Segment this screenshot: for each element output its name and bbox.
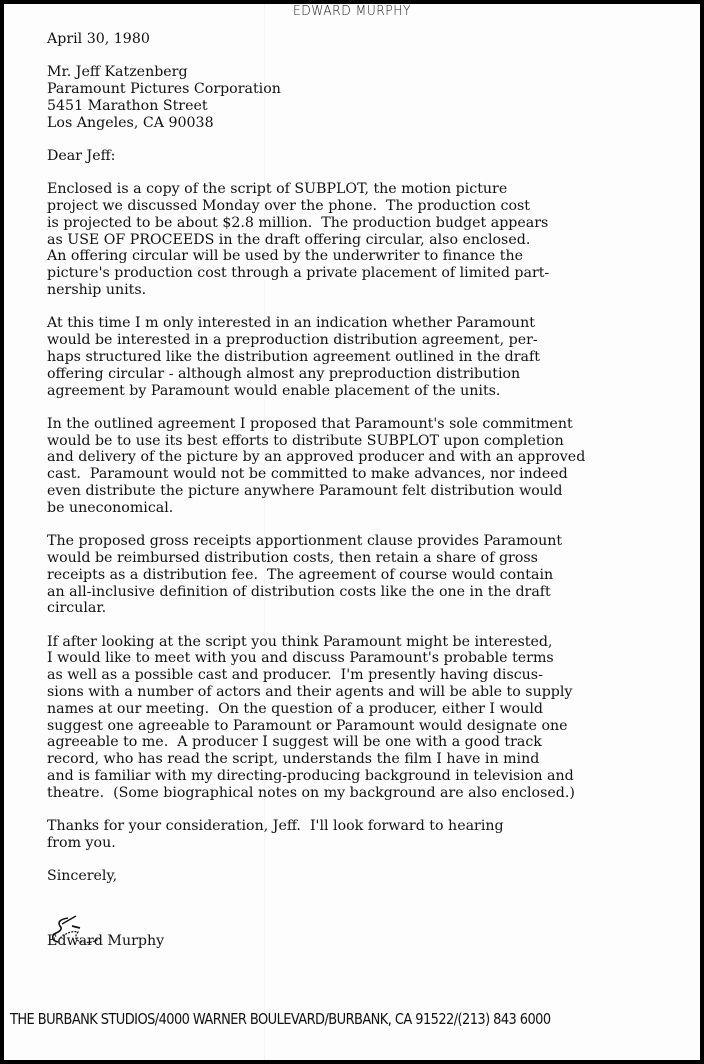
- paragraph-line: suggest one agreeable to Paramount or Pa…: [47, 718, 677, 735]
- signer-block: Edward Murphy: [47, 933, 677, 950]
- salutation-block: Dear Jeff:: [47, 148, 677, 165]
- paragraph-line: If after looking at the script you think…: [47, 634, 677, 651]
- paragraph-line: is projected to be about $2.8 million. T…: [47, 215, 677, 232]
- paragraph-line: record, who has read the script, underst…: [47, 751, 677, 768]
- paragraph: At this time I m only interested in an i…: [47, 315, 677, 399]
- recipient-line: Mr. Jeff Katzenberg: [47, 64, 677, 81]
- paragraph-line: sions with a number of actors and their …: [47, 684, 677, 701]
- paragraph-line: even distribute the picture anywhere Par…: [47, 483, 677, 500]
- paragraph-line: as USE OF PROCEEDS in the draft offering…: [47, 232, 677, 249]
- recipient-line: Los Angeles, CA 90038: [47, 115, 677, 132]
- letter-paragraphs: Enclosed is a copy of the script of SUBP…: [47, 181, 677, 851]
- paragraph-line: would be reimbursed distribution costs, …: [47, 550, 677, 567]
- paragraph-line: At this time I m only interested in an i…: [47, 315, 677, 332]
- paragraph: In the outlined agreement I proposed tha…: [47, 416, 677, 517]
- recipient-line: Paramount Pictures Corporation: [47, 81, 677, 98]
- closing-block: Sincerely,: [47, 868, 677, 885]
- paragraph-line: offering circular - although almost any …: [47, 366, 677, 383]
- letter-page: EDWARD MURPHY April 30, 1980 Mr. Jeff Ka…: [4, 4, 700, 1060]
- paragraph-line: nership units.: [47, 282, 677, 299]
- paragraph-line: and delivery of the picture by an approv…: [47, 449, 677, 466]
- paragraph-line: In the outlined agreement I proposed tha…: [47, 416, 677, 433]
- paragraph-line: project we discussed Monday over the pho…: [47, 198, 677, 215]
- paragraph-line: names at our meeting. On the question of…: [47, 701, 677, 718]
- paragraph-line: an all-inclusive definition of distribut…: [47, 584, 677, 601]
- paragraph-line: as well as a possible cast and producer.…: [47, 667, 677, 684]
- paragraph-line: receipts as a distribution fee. The agre…: [47, 567, 677, 584]
- paragraph: The proposed gross receipts apportionmen…: [47, 533, 677, 617]
- paragraph-line: would be interested in a preproduction d…: [47, 332, 677, 349]
- paragraph-line: agreeable to me. A producer I suggest wi…: [47, 734, 677, 751]
- paragraph-line: An offering circular will be used by the…: [47, 248, 677, 265]
- paragraph-line: picture's production cost through a priv…: [47, 265, 677, 282]
- paragraph: Enclosed is a copy of the script of SUBP…: [47, 181, 677, 299]
- paragraph-line: I would like to meet with you and discus…: [47, 650, 677, 667]
- paragraph-line: cast. Paramount would not be committed t…: [47, 466, 677, 483]
- closing: Sincerely,: [47, 868, 677, 885]
- letter-date: April 30, 1980: [47, 31, 677, 48]
- paragraph-line: circular.: [47, 600, 677, 617]
- recipient-line: 5451 Marathon Street: [47, 98, 677, 115]
- signer-name: Edward Murphy: [47, 933, 677, 950]
- paragraph-line: be uneconomical.: [47, 500, 677, 517]
- paragraph-line: Thanks for your consideration, Jeff. I'l…: [47, 818, 677, 835]
- signature-icon: [48, 912, 128, 952]
- paragraph-line: Enclosed is a copy of the script of SUBP…: [47, 181, 677, 198]
- paragraph-line: haps structured like the distribution ag…: [47, 349, 677, 366]
- letter-body: April 30, 1980 Mr. Jeff KatzenbergParamo…: [47, 18, 677, 950]
- paragraph: Thanks for your consideration, Jeff. I'l…: [47, 818, 677, 852]
- paragraph-line: would be to use its best efforts to dist…: [47, 433, 677, 450]
- letterhead-footer-address: THE BURBANK STUDIOS/4000 WARNER BOULEVAR…: [10, 1010, 652, 1028]
- paragraph: If after looking at the script you think…: [47, 634, 677, 802]
- paragraph-line: from you.: [47, 835, 677, 852]
- salutation: Dear Jeff:: [47, 148, 677, 165]
- paragraph-line: agreement by Paramount would enable plac…: [47, 383, 677, 400]
- paragraph-line: The proposed gross receipts apportionmen…: [47, 533, 677, 550]
- paragraph-line: and is familiar with my directing-produc…: [47, 768, 677, 785]
- paragraph-line: theatre. (Some biographical notes on my …: [47, 785, 677, 802]
- recipient-address: Mr. Jeff KatzenbergParamount Pictures Co…: [47, 64, 677, 131]
